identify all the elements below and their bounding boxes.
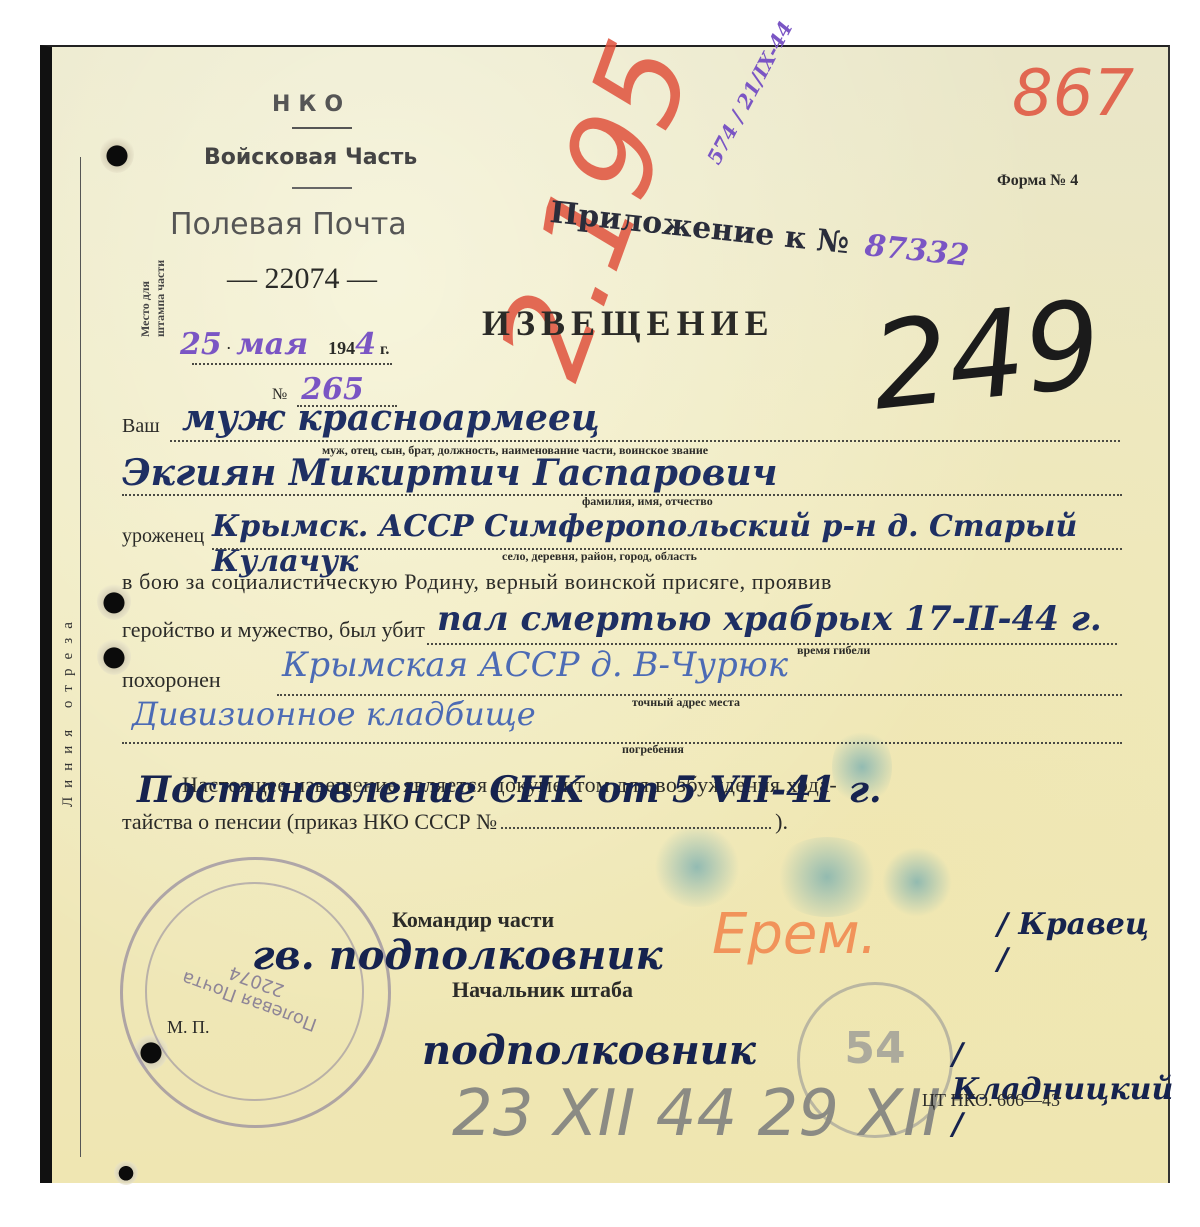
burial-value-line2: Дивизионное кладбище [132,695,536,733]
birthplace-label: уроженец [122,525,204,548]
pension-handwritten-overlay: Постановление СНК от 5 VII-41 г. [137,769,882,811]
date-underline [192,363,392,365]
burial-caption1: точный адрес места [632,695,740,710]
stamp-place-label-line1: Место для [138,260,153,337]
full-name-caption: фамилия, имя, отчество [582,494,713,509]
stamp-field-post: Полевая Почта [170,207,407,242]
stamp-divider [292,127,352,129]
orange-signature: Ерем. [712,902,877,967]
pension-text-line2-wrap: тайства о пенсии (приказ НКО СССР № ). [122,809,788,835]
burial-caption2: погребения [622,742,684,757]
stamp-unit: Войсковая Часть [204,145,417,170]
date-year-suffix: г. [380,341,389,358]
page-title: ИЗВЕЩЕНИЕ [482,302,775,344]
notification-document: Место для штампа части Линия отреза НКО … [40,45,1170,1183]
commander-label: Командир части [392,907,554,933]
chief-of-staff-rank: подполковник [422,1027,756,1074]
stamp-place-label: Место для штампа части [138,260,168,337]
violet-annotation: 574 / 21/IX-44 [702,17,798,168]
death-caption: время гибели [797,643,870,658]
order-number-blank [501,827,771,829]
red-annotation-top-right: 867 [1012,57,1134,131]
date-month: мая [236,327,308,362]
stamp-place-label-line2: штампа части [153,260,168,337]
stamp-divider [292,187,352,189]
attachment-number: 87332 [863,228,970,274]
ink-blot [882,847,952,917]
death-label: геройство и мужество, был убит [122,617,425,643]
death-value: пал смертью храбрых 17-II-44 г. [437,599,1102,639]
stamp-org: НКО [272,92,351,117]
seal-place-label: М. П. [167,1017,210,1038]
relation-value: муж красноармеец [182,397,600,439]
pension-text-line2: тайства о пенсии (приказ НКО СССР № [122,809,497,834]
date-year-handwritten: 4 [355,327,376,362]
relation-line [170,440,1120,442]
official-seal: Полевая Почта 22074 [120,857,391,1128]
ink-blot [652,827,742,907]
pension-text-line2-end: ). [775,809,788,834]
stamp-field-post-number: — 22074 — [227,262,377,296]
chief-of-staff-label: Начальник штаба [452,977,633,1003]
body-text: в бою за социалистическую Родину, верный… [122,569,832,595]
punch-hole [100,135,134,173]
birthplace-caption: село, деревня, район, город, область [502,549,697,564]
cut-line [80,157,81,1157]
date-year-printed: 194 [328,338,355,358]
form-number: Форма № 4 [997,172,1078,190]
burial-label: похоронен [122,667,221,693]
commander-rank: гв. подполковник [252,932,663,979]
date-field: 25 · мая 1944 г. [180,327,389,362]
burial-value-line1: Крымская АССР д. В-Чурюк [282,645,788,685]
cut-line-label: Линия отреза [60,613,77,807]
gray-pencil-annotation: 23 XII 44 29 XII [452,1077,941,1151]
round-stamp-number: 54 [800,1023,950,1074]
relation-label: Ваш [122,415,160,438]
full-name-value: Экгиян Микиртич Гаспарович [122,452,777,494]
commander-name: / Кравец / [997,907,1168,977]
date-day: 25 [180,327,222,362]
black-large-number: 249 [865,275,1107,437]
punch-hole [114,1159,138,1185]
footer-code: ЦТ НКО. 606—43 [922,1090,1060,1111]
